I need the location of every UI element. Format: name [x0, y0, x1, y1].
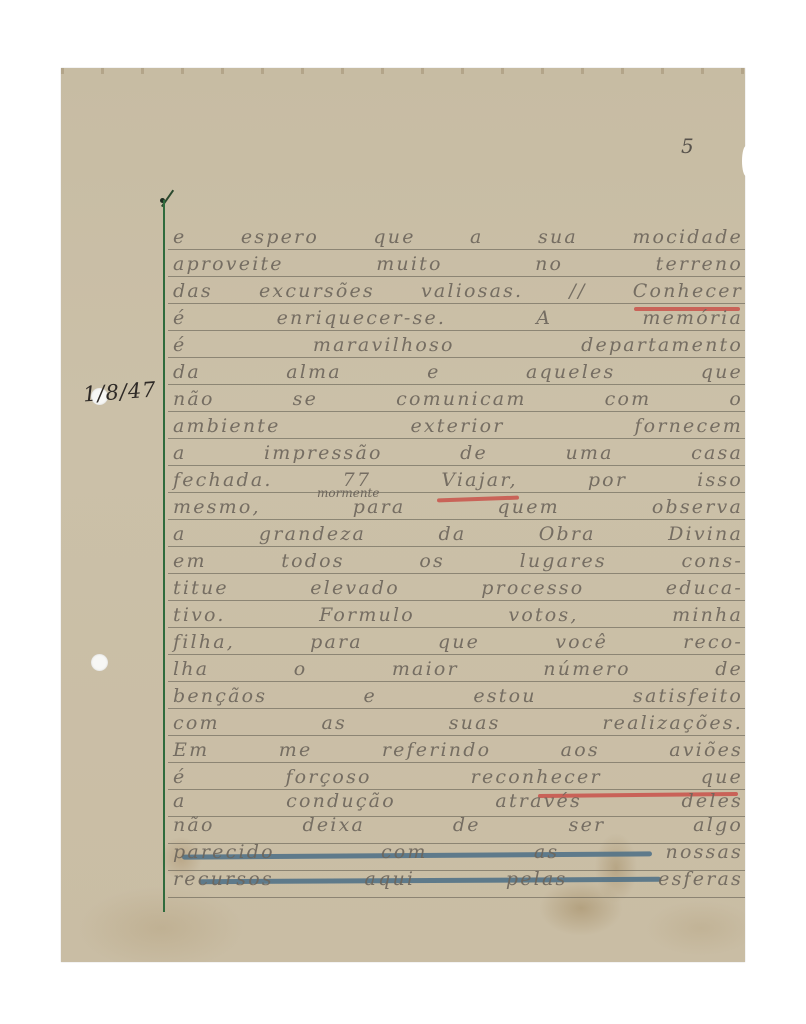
text-line-3: das excursões valiosas. // Conhecer	[173, 280, 743, 306]
text-line-16: filha, para que você reco-	[173, 631, 743, 657]
punch-hole-bottom	[91, 654, 108, 671]
ruled-line	[168, 897, 745, 898]
text-line-15: tivo. Formulo votos, minha	[173, 604, 743, 630]
text-line-12: a grandeza da Obra Divina	[173, 523, 743, 549]
text-line-20: Em me referindo aos aviões	[173, 739, 743, 765]
text-line-4: é enriquecer-se. A memória	[173, 307, 743, 333]
paper-tear	[742, 146, 750, 176]
manuscript-page: 5 1/8/47 e espero que a sua mocidade apr…	[61, 68, 745, 962]
margin-date-annotation: 1/8/47	[82, 377, 157, 406]
margin-line	[163, 200, 165, 912]
text-line-21: é forçoso reconhecer que	[173, 766, 743, 792]
text-line-6: da alma e aqueles que	[173, 361, 743, 387]
text-line-25: recursos aqui pelas esferas	[173, 868, 743, 894]
text-line-18: bençãos e estou satisfeito	[173, 685, 743, 711]
text-line-1: e espero que a sua mocidade	[173, 226, 743, 252]
text-line-5: é maravilhoso departamento	[173, 334, 743, 360]
text-line-9: a impressão de uma casa	[173, 442, 743, 468]
text-line-8: ambiente exterior fornecem	[173, 415, 743, 441]
page-number: 5	[681, 134, 694, 158]
text-line-22: a condução através deles	[173, 790, 743, 816]
text-line-24: parecido com as nossas	[173, 841, 743, 867]
text-line-10: fechada. 77 Viajar, por isso	[173, 469, 743, 495]
text-line-14: titue elevado processo educa-	[173, 577, 743, 603]
text-line-11: mesmo, para quem observa	[173, 496, 743, 522]
text-line-23: não deixa de ser algo	[173, 814, 743, 840]
text-line-19: com as suas realizações.	[173, 712, 743, 738]
text-line-7: não se comunicam com o	[173, 388, 743, 414]
text-line-17: lha o maior número de	[173, 658, 743, 684]
text-line-2: aproveite muito no terreno	[173, 253, 743, 279]
text-line-13: em todos os lugares cons-	[173, 550, 743, 576]
